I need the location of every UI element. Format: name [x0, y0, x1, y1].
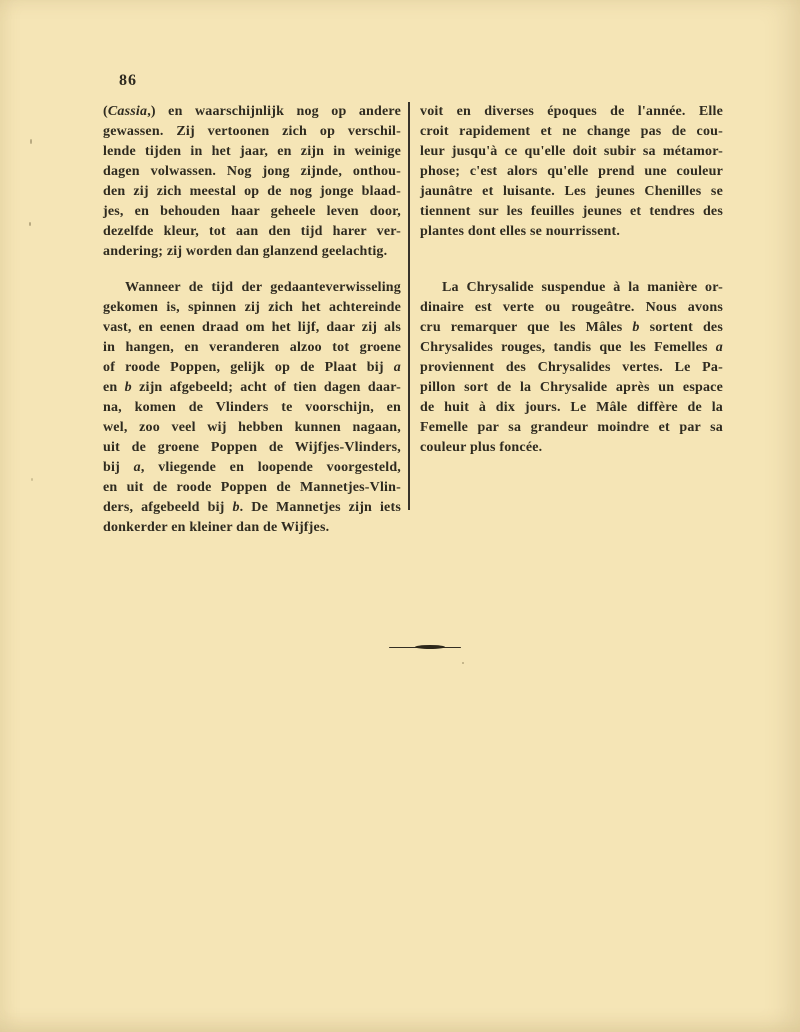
text-line: dagen volwassen. Nog jong zijnde, onthou… — [103, 162, 401, 182]
text-line: en b zijn afgebeeld; acht of tien dagen … — [103, 378, 401, 398]
text-line: donkerder en kleiner dan de Wijfjes. — [103, 518, 401, 538]
text-line: na, komen de Vlinders te voorschijn, en — [103, 398, 401, 418]
text-line: bij a, vliegende en loopende voorgesteld… — [103, 458, 401, 478]
left-column-dutch-text: (Cassia,) en waarschijnlijk nog op ander… — [103, 102, 401, 538]
paragraph: La Chrysalide suspendue à la manière or-… — [420, 278, 723, 458]
text-line: leur jusqu'à ce qu'elle doit subir sa mé… — [420, 142, 723, 162]
text-line: tiennent sur les feuilles jeunes et tend… — [420, 202, 723, 222]
scan-speck — [462, 662, 464, 664]
rule-bulge — [415, 645, 445, 649]
text-line: ders, afgebeeld bij b. De Mannetjes zijn… — [103, 498, 401, 518]
text-line: Wanneer de tijd der gedaanteverwisseling — [103, 278, 401, 298]
scan-speck — [30, 139, 32, 144]
text-line: dinaire est verte ou rougeâtre. Nous avo… — [420, 298, 723, 318]
text-line: La Chrysalide suspendue à la manière or- — [420, 278, 723, 298]
scan-speck — [29, 222, 31, 226]
text-line: proviennent des Chrysalides vertes. Le P… — [420, 358, 723, 378]
paragraph: voit en diverses époques de l'année. Ell… — [420, 102, 723, 242]
text-line: croit rapidement et ne change pas de cou… — [420, 122, 723, 142]
page-number: 86 — [119, 72, 137, 90]
text-line: wel, zoo veel wij hebben kunnen nagaan, — [103, 418, 401, 438]
text-line: jaunâtre et luisante. Les jeunes Chenill… — [420, 182, 723, 202]
text-line: voit en diverses époques de l'année. Ell… — [420, 102, 723, 122]
text-line: lende tijden in het jaar, en zijn in wei… — [103, 142, 401, 162]
paragraph: (Cassia,) en waarschijnlijk nog op ander… — [103, 102, 401, 262]
text-line: (Cassia,) en waarschijnlijk nog op ander… — [103, 102, 401, 122]
text-line: gekomen is, spinnen zij zich het achtere… — [103, 298, 401, 318]
column-divider-rule — [408, 102, 410, 510]
text-line: en uit de roode Poppen de Mannetjes-Vlin… — [103, 478, 401, 498]
text-line: gewassen. Zij vertoonen zich op verschil… — [103, 122, 401, 142]
text-line: andering; zij worden dan glanzend geelac… — [103, 242, 401, 262]
text-line: dezelfde kleur, tot aan den tijd harer v… — [103, 222, 401, 242]
text-line: pillon sort de la Chrysalide après un es… — [420, 378, 723, 398]
text-line: den zij zich meestal op de nog jonge bla… — [103, 182, 401, 202]
text-line: Chrysalides rouges, tandis que les Femel… — [420, 338, 723, 358]
text-line: couleur plus foncée. — [420, 438, 723, 458]
text-line: phose; c'est alors qu'elle prend une cou… — [420, 162, 723, 182]
text-line: uit de groene Poppen de Wijfjes-Vlinders… — [103, 438, 401, 458]
text-line: de huit à dix jours. Le Mâle diffère de … — [420, 398, 723, 418]
text-line: plantes dont elles se nourrissent. — [420, 222, 723, 242]
text-line: in hangen, en veranderen alzoo tot groen… — [103, 338, 401, 358]
text-line: jes, en behouden haar geheele leven door… — [103, 202, 401, 222]
text-line: vast, en eenen draad om het lijf, daar z… — [103, 318, 401, 338]
text-line: of roode Poppen, gelijk op de Plaat bij … — [103, 358, 401, 378]
text-line: cru remarquer que les Mâles b sortent de… — [420, 318, 723, 338]
text-line: Femelle par sa grandeur moindre et par s… — [420, 418, 723, 438]
right-column-french-text: voit en diverses époques de l'année. Ell… — [420, 102, 723, 458]
paragraph: Wanneer de tijd der gedaanteverwisseling… — [103, 278, 401, 538]
section-end-rule — [389, 644, 461, 650]
scan-speck — [31, 478, 33, 481]
scanned-book-page: 86 (Cassia,) en waarschijnlijk nog op an… — [0, 0, 800, 1032]
